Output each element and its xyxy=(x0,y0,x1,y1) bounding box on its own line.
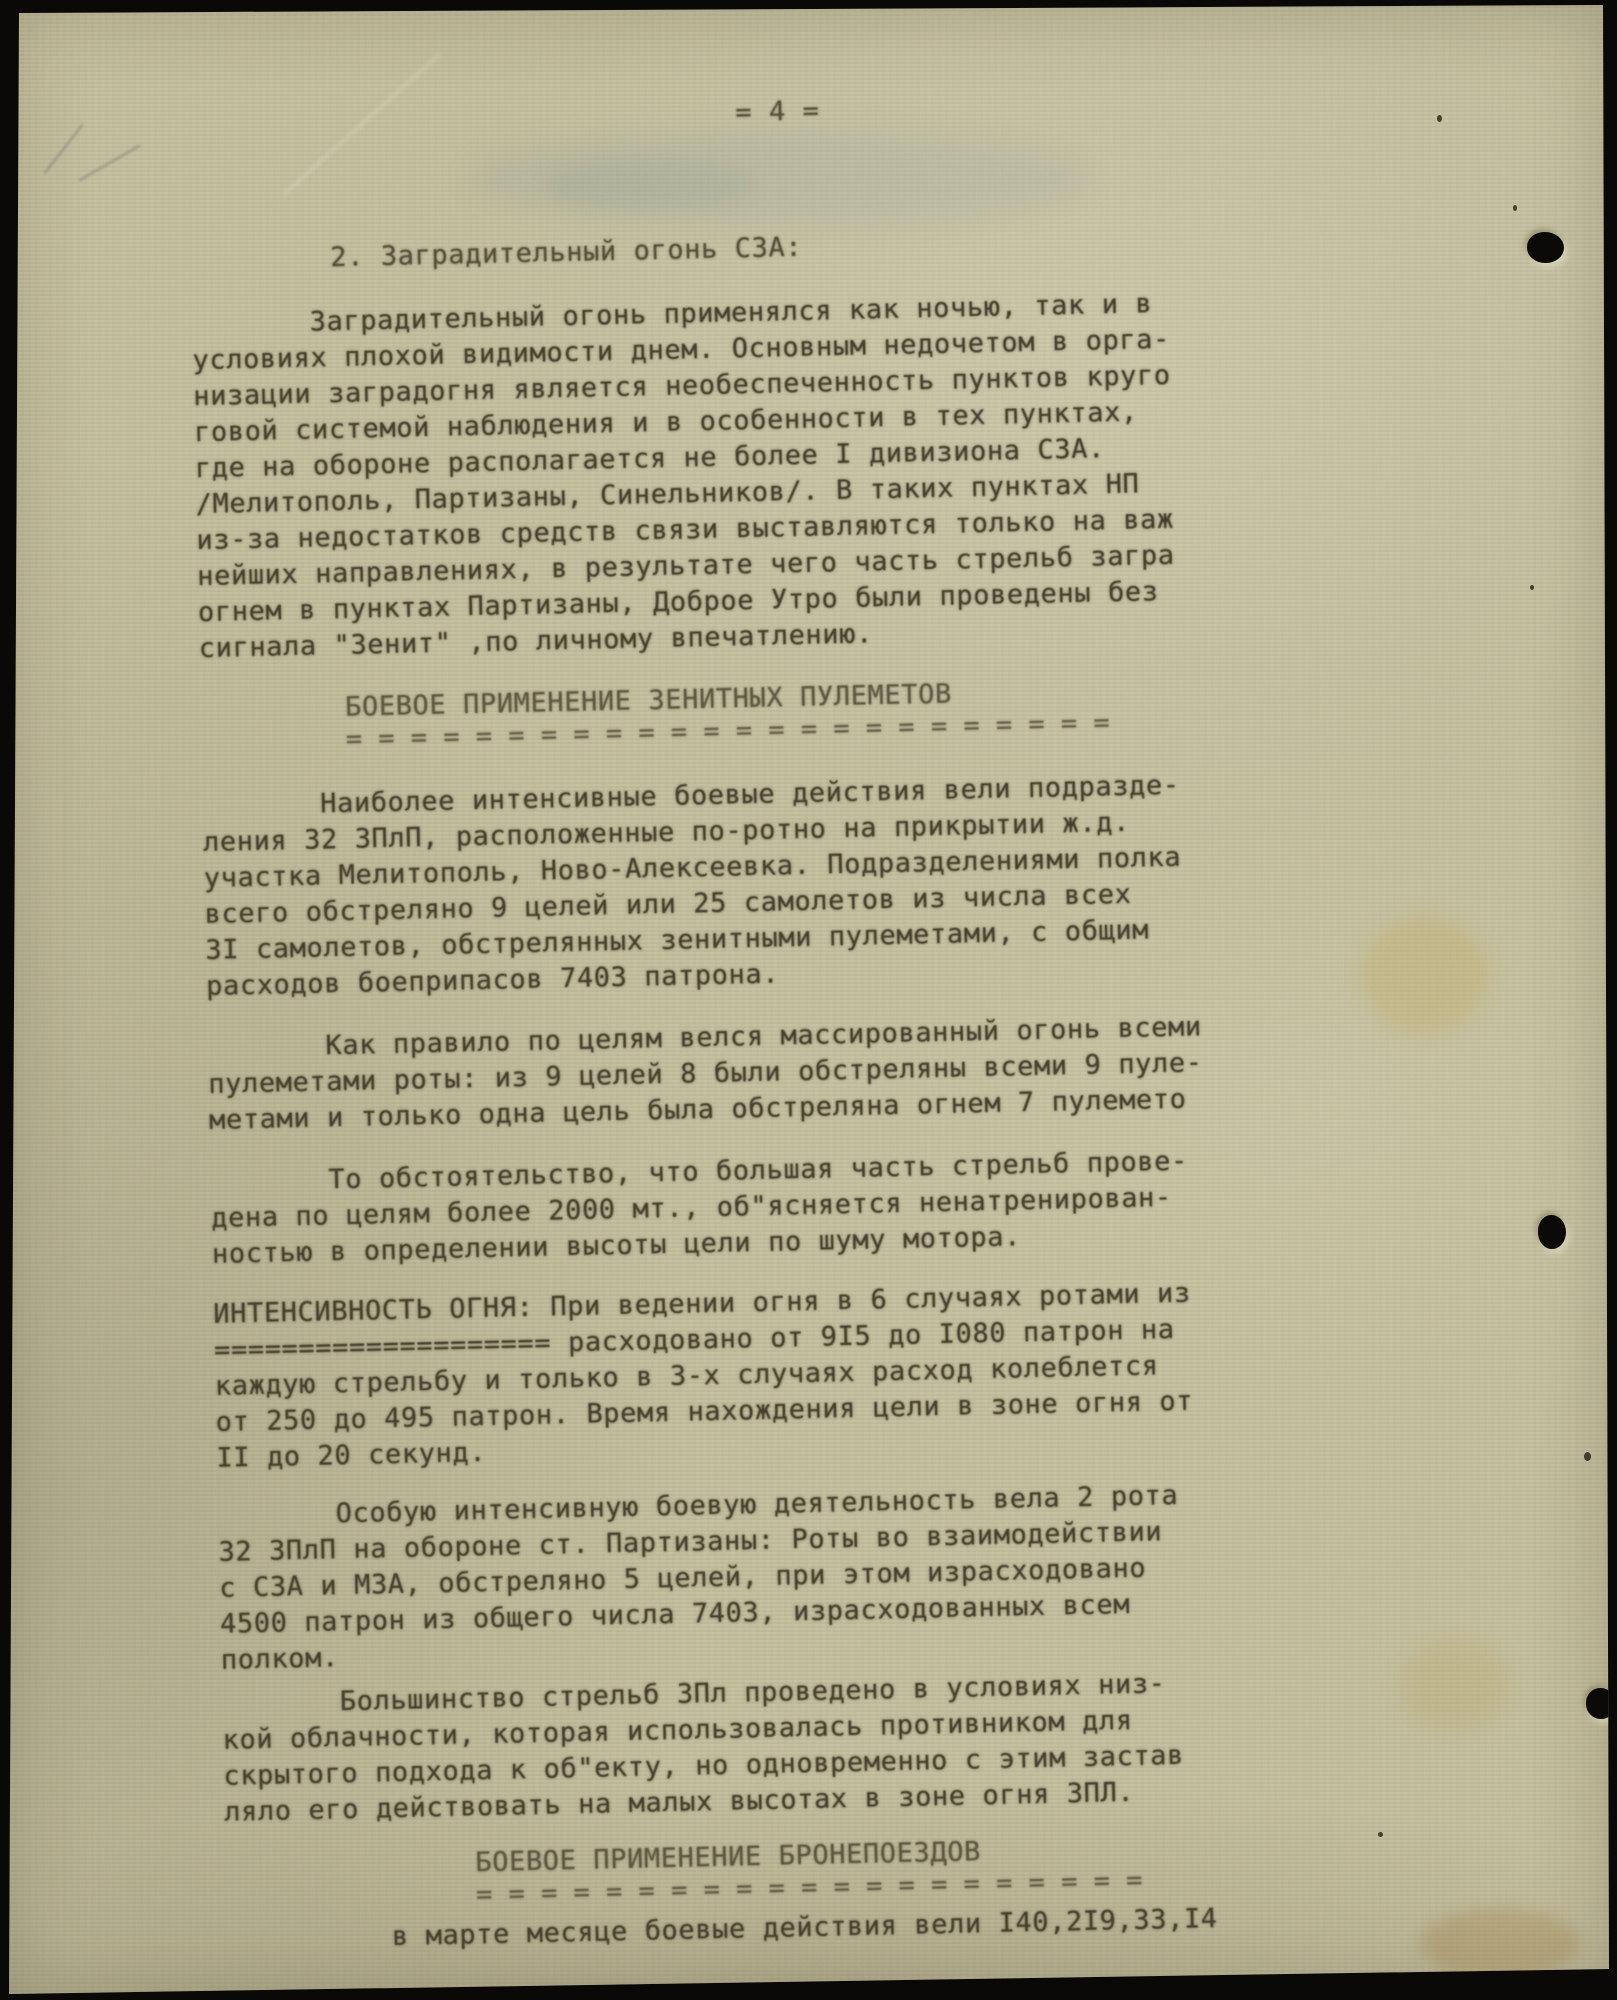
dirt-speck xyxy=(1437,115,1442,122)
typewritten-text-layer: = 4 = 2. Заградительный огонь СЗА: Загра… xyxy=(187,77,1592,1958)
paragraph: То обстоятельство, что большая часть стр… xyxy=(210,1135,1577,1273)
dirt-speck xyxy=(1513,205,1517,211)
scanned-document-page: { "colors":{"paper":"#c6c1a0","ink":"#47… xyxy=(0,0,1617,2000)
paragraph: Особую интенсивную боевую деятельность в… xyxy=(217,1469,1586,1679)
dirt-speck xyxy=(1530,585,1534,590)
pencil-mark xyxy=(43,124,84,175)
paragraph: ИНТЕНСИВНОСТЬ ОГНЯ: При ведении огня в 6… xyxy=(213,1267,1582,1477)
paragraph: Как правило по целям велся массированный… xyxy=(207,1001,1574,1139)
paper-sheet: = 4 = 2. Заградительный огонь СЗА: Загра… xyxy=(0,0,1617,2000)
document-body: Заградительный огонь применялся как ночь… xyxy=(191,277,1592,1958)
page-number: = 4 = xyxy=(735,77,1553,131)
paragraph: Большинство стрельб ЗПл проведено в усло… xyxy=(221,1657,1589,1831)
dirt-speck xyxy=(1584,1452,1591,1461)
punch-hole xyxy=(1538,1215,1566,1249)
sub-heading: БОЕВОЕ ПРИМЕНЕНИЕ ЗЕНИТНЫХ ПУЛЕМЕТОВ= = … xyxy=(345,663,1566,758)
section-title: 2. Заградительный огонь СЗА: xyxy=(330,213,1555,276)
paragraph: Наиболее интенсивные боевые действия вел… xyxy=(202,759,1571,1005)
pencil-mark xyxy=(78,144,140,182)
punch-hole xyxy=(1586,1688,1616,1719)
paragraph: Заградительный огонь применялся как ночь… xyxy=(191,277,1564,667)
punch-hole xyxy=(1527,232,1564,263)
dirt-speck xyxy=(1378,1832,1383,1837)
